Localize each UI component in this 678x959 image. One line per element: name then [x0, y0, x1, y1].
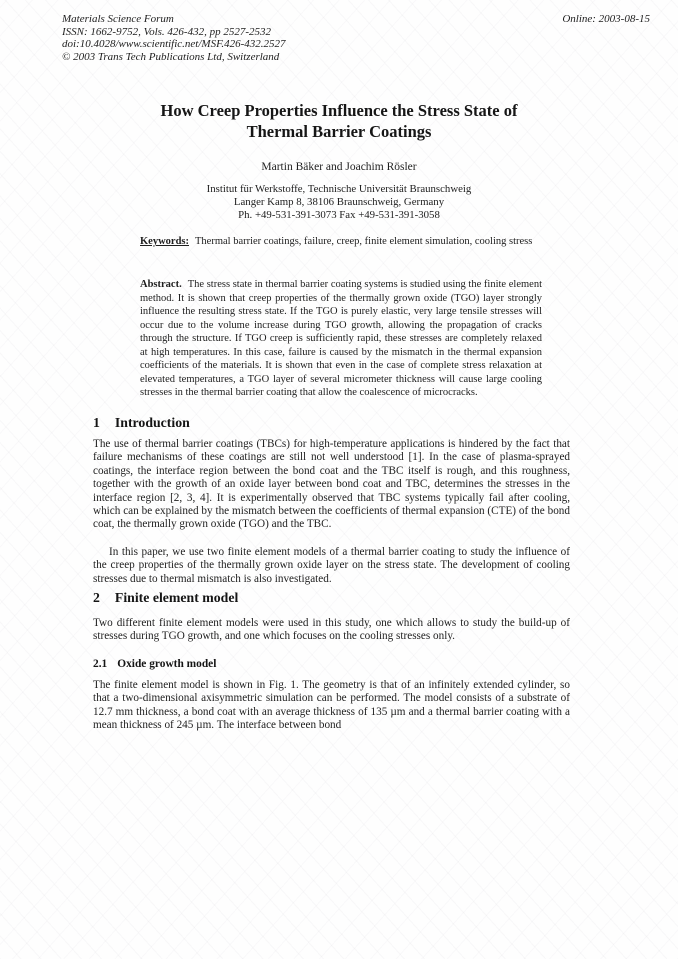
copyright-line: © 2003 Trans Tech Publications Ltd, Swit… [62, 51, 286, 64]
affiliation-contact: Ph. +49-531-391-3073 Fax +49-531-391-305… [0, 209, 678, 222]
paper-title-line-1: How Creep Properties Influence the Stres… [0, 101, 678, 122]
online-date: Online: 2003-08-15 [562, 13, 650, 26]
doi-line: doi:10.4028/www.scientific.net/MSF.426-4… [62, 38, 286, 51]
oxide-growth-paragraph-1: The finite element model is shown in Fig… [93, 679, 570, 733]
abstract-block: Abstract.The stress state in thermal bar… [140, 278, 542, 400]
section-title: Introduction [115, 415, 190, 430]
introduction-paragraph-1: The use of thermal barrier coatings (TBC… [93, 438, 570, 532]
paper-title: How Creep Properties Influence the Stres… [0, 101, 678, 142]
abstract-text: The stress state in thermal barrier coat… [140, 279, 542, 398]
authors: Martin Bäker and Joachim Rösler [0, 161, 678, 173]
subsection-title: Oxide growth model [117, 658, 216, 670]
subsection-number: 2.1 [93, 658, 107, 670]
paper-page: Materials Science Forum ISSN: 1662-9752,… [0, 0, 678, 959]
abstract-label: Abstract. [140, 279, 182, 290]
section-heading-fem: 2Finite element model [93, 590, 238, 606]
section-number: 1 [93, 415, 100, 431]
keywords-block: Keywords:Thermal barrier coatings, failu… [140, 235, 542, 249]
introduction-paragraph-2: In this paper, we use two finite element… [93, 546, 570, 586]
section-heading-introduction: 1Introduction [93, 415, 190, 431]
paper-title-line-2: Thermal Barrier Coatings [0, 122, 678, 143]
affiliation-address: Langer Kamp 8, 38106 Braunschweig, Germa… [0, 196, 678, 209]
issn-line: ISSN: 1662-9752, Vols. 426-432, pp 2527-… [62, 26, 286, 39]
journal-name: Materials Science Forum [62, 13, 286, 26]
fem-paragraph-1: Two different finite element models were… [93, 617, 570, 644]
journal-header: Materials Science Forum ISSN: 1662-9752,… [62, 13, 286, 63]
affiliation: Institut für Werkstoffe, Technische Univ… [0, 183, 678, 223]
keywords-text: Thermal barrier coatings, failure, creep… [195, 236, 532, 247]
section-title: Finite element model [115, 590, 238, 605]
keywords-label: Keywords: [140, 236, 189, 247]
section-number: 2 [93, 590, 100, 606]
subsection-heading-oxide-growth: 2.1Oxide growth model [93, 658, 216, 670]
affiliation-institute: Institut für Werkstoffe, Technische Univ… [0, 183, 678, 196]
